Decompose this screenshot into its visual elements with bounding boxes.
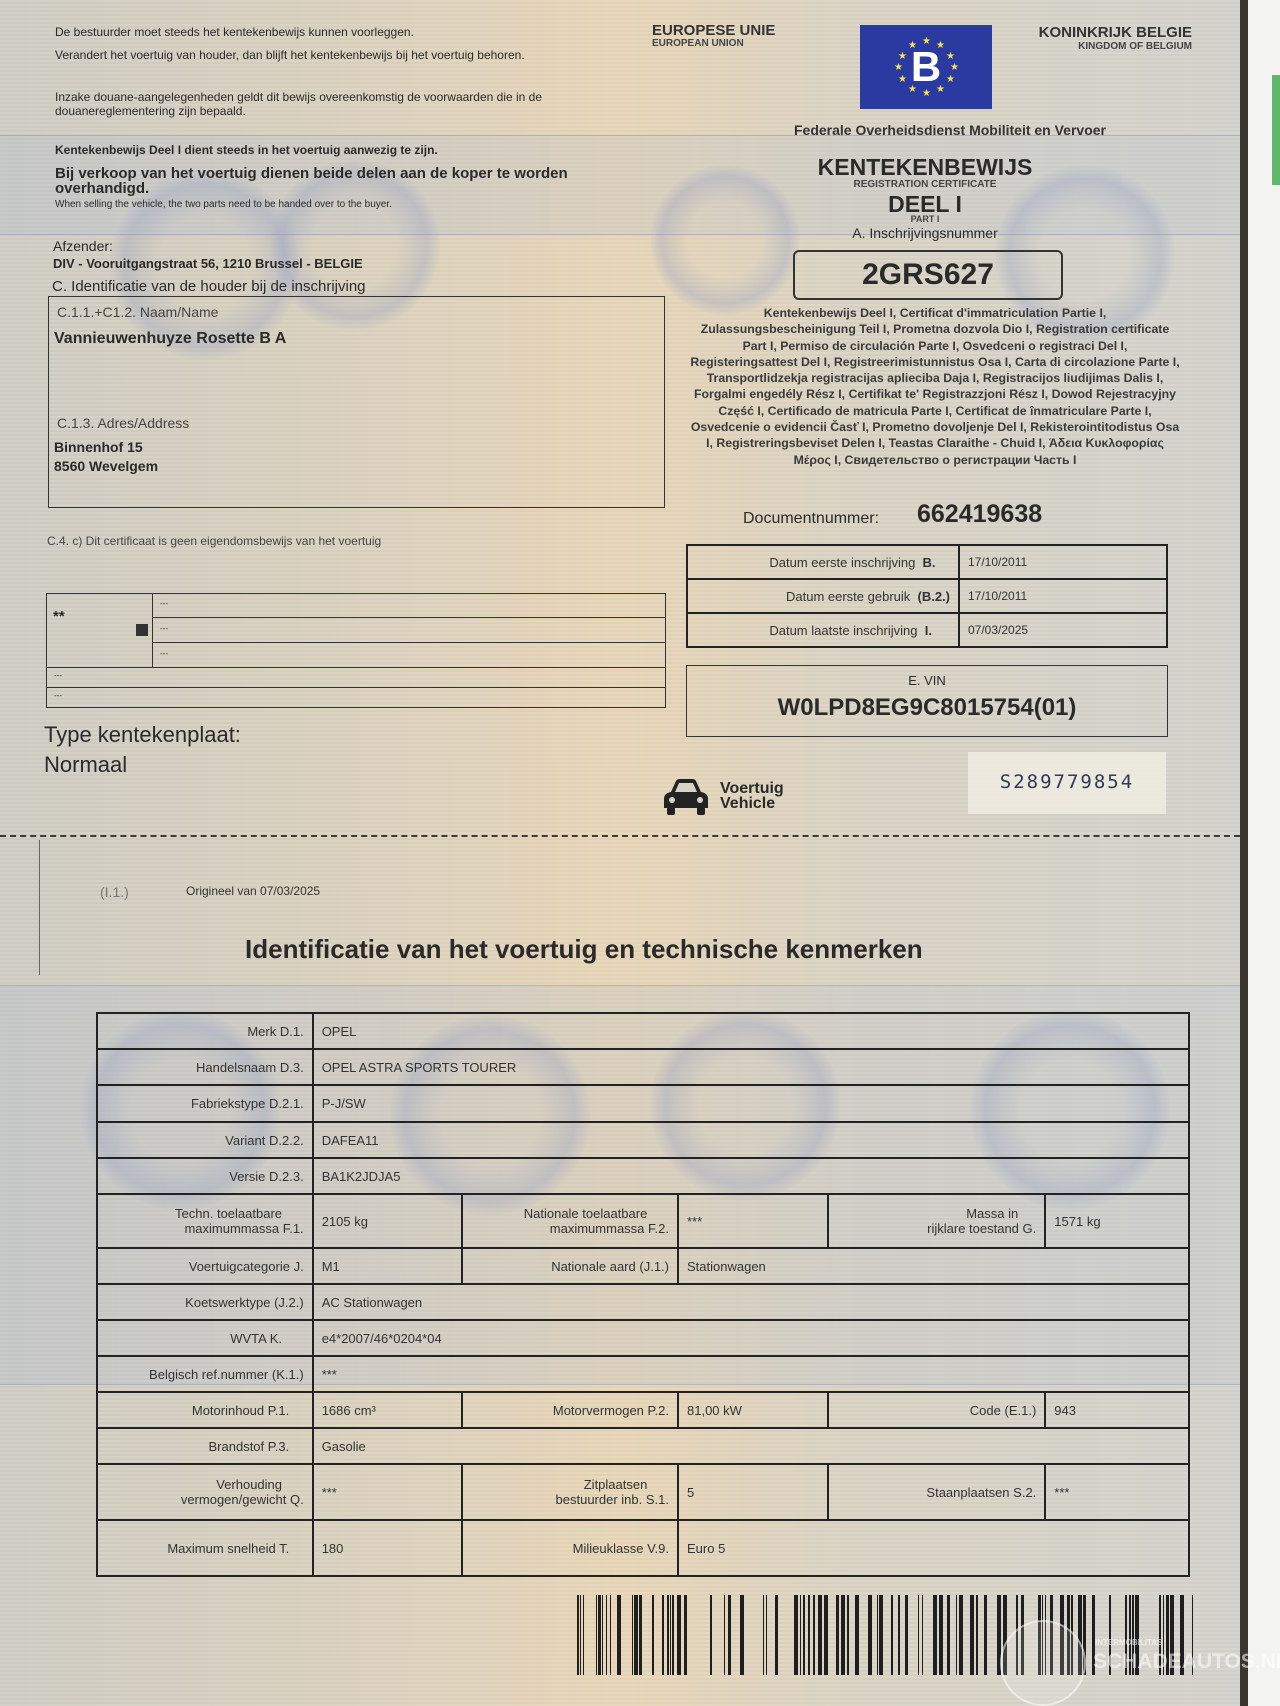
document-title-en: REGISTRATION CERTIFICATE xyxy=(725,179,1125,190)
car-icon xyxy=(663,778,709,816)
background-paper xyxy=(1248,0,1280,1706)
make-value: OPEL xyxy=(313,1013,1189,1049)
standing-places-value: *** xyxy=(1045,1464,1189,1520)
authority-name: Federale Overheidsdienst Mobiliteit en V… xyxy=(700,122,1200,138)
vin-number: W0LPD8EG9C8015754(01) xyxy=(687,694,1167,722)
notice-keep-in-vehicle: Kentekenbewijs Deel I dient steeds in he… xyxy=(55,143,615,157)
first-use-date: 17/10/2011 xyxy=(959,579,1167,613)
date-code: B. xyxy=(923,555,936,570)
wvta-value: e4*2007/46*0204*04 xyxy=(313,1320,1189,1356)
environment-class-value: Euro 5 xyxy=(678,1520,1189,1576)
sender-address: DIV - Vooruitgangstraat 56, 1210 Brussel… xyxy=(53,256,363,271)
specs-table: Merk D.1. OPEL Handelsnaam D.3. OPEL AST… xyxy=(96,1012,1190,1577)
date-label: Datum laatste inschrijving xyxy=(769,623,917,638)
plate-type-label: Type kentekenplaat: xyxy=(44,722,241,748)
table-row: Verhouding vermogen/gewicht Q. *** Zitpl… xyxy=(97,1464,1189,1520)
holder-address-label: C.1.3. Adres/Address xyxy=(57,415,189,431)
table-row: Maximum snelheid T. 180 Milieuklasse V.9… xyxy=(97,1520,1189,1576)
plate-type-value: Normaal xyxy=(44,752,127,778)
table-row: Handelsnaam D.3. OPEL ASTRA SPORTS TOURE… xyxy=(97,1049,1189,1085)
holder-city: 8560 Wevelgem xyxy=(54,458,158,474)
multilingual-titles: Kentekenbewijs Deel I, Certificat d'imma… xyxy=(690,305,1180,468)
type-value: P-J/SW xyxy=(313,1085,1189,1122)
annotation-line: --- xyxy=(160,624,168,633)
annotation-line: --- xyxy=(54,671,62,680)
last-registration-date: 07/03/2025 xyxy=(959,613,1167,647)
eu-flag-icon: B ★ ★ ★ ★ ★ ★ ★ ★ ★ ★ ★ ★ xyxy=(860,25,992,109)
table-row: Datum laatste inschrijving I. 07/03/2025 xyxy=(687,613,1167,647)
vehicle-label-en: Vehicle xyxy=(720,796,775,811)
holder-name-label: C.1.1.+C1.2. Naam/Name xyxy=(57,304,218,320)
document-part-en: PART I xyxy=(725,214,1125,224)
table-row: Voertuigcategorie J. M1 Nationale aard (… xyxy=(97,1248,1189,1284)
trade-name-value: OPEL ASTRA SPORTS TOURER xyxy=(313,1049,1189,1085)
table-row: Koetswerktype (J.2.) AC Stationwagen xyxy=(97,1284,1189,1320)
registration-certificate: De bestuurder moet steeds het kentekenbe… xyxy=(0,0,1240,1706)
table-row: Versie D.2.3. BA1K2JDJA5 xyxy=(97,1158,1189,1194)
eu-label: EUROPESE UNIE xyxy=(652,22,775,39)
annotations-code-cell: ** xyxy=(47,594,153,667)
table-row: Fabriekstype D.2.1. P-J/SW xyxy=(97,1085,1189,1122)
table-row: Brandstof P.3. Gasolie xyxy=(97,1428,1189,1464)
vin-label: E. VIN xyxy=(687,673,1167,688)
country-code: B xyxy=(911,43,941,91)
power-value: 81,00 kW xyxy=(678,1392,828,1428)
table-row: Merk D.1. OPEL xyxy=(97,1013,1189,1049)
notice-present: De bestuurder moet steeds het kentekenbe… xyxy=(55,25,615,39)
perforation-line xyxy=(0,835,1240,837)
tech-max-mass-value: 2105 kg xyxy=(313,1194,463,1248)
serial-number: S289779854 xyxy=(968,771,1166,793)
registration-number: 2GRS627 xyxy=(793,250,1063,300)
table-row: Motorinhoud P.1. 1686 cm³ Motorvermogen … xyxy=(97,1392,1189,1428)
serial-box: S289779854 xyxy=(968,752,1166,814)
notice-owner-change: Verandert het voertuig van houder, dan b… xyxy=(55,48,565,62)
copy-code: (I.1.) xyxy=(100,884,129,900)
table-row: Belgisch ref.nummer (K.1.) *** xyxy=(97,1356,1189,1392)
max-speed-value: 180 xyxy=(313,1520,463,1576)
fuel-value: Gasolie xyxy=(313,1428,1189,1464)
background-paper-stripe xyxy=(1272,75,1280,185)
holder-name: Vannieuwenhuyze Rosette B A xyxy=(54,330,286,348)
holder-street: Binnenhof 15 xyxy=(54,439,143,455)
annotation-line: --- xyxy=(160,649,168,658)
table-row: Techn. toelaatbare maximummassa F.1. 210… xyxy=(97,1194,1189,1248)
power-weight-ratio-value: *** xyxy=(313,1464,463,1520)
version-value: BA1K2JDJA5 xyxy=(313,1158,1189,1194)
notice-customs: Inzake douane-aangelegenheden geldt dit … xyxy=(55,90,615,118)
table-row: WVTA K. e4*2007/46*0204*04 xyxy=(97,1320,1189,1356)
annotation-line: --- xyxy=(54,691,62,700)
first-registration-date: 17/10/2011 xyxy=(959,545,1167,579)
watermark-small: INTERMOBILITAS xyxy=(1095,1638,1162,1647)
table-row: Datum eerste gebruik (B.2.) 17/10/2011 xyxy=(687,579,1167,613)
seats-value: 5 xyxy=(678,1464,828,1520)
annotation-line: --- xyxy=(160,599,168,608)
running-mass-value: 1571 kg xyxy=(1045,1194,1189,1248)
notice-sale: Bij verkoop van het voertuig dienen beid… xyxy=(55,166,575,196)
belgian-ref-value: *** xyxy=(313,1356,1189,1392)
category-value: M1 xyxy=(313,1248,463,1284)
variant-value: DAFEA11 xyxy=(313,1122,1189,1158)
globe-watermark-icon xyxy=(1000,1620,1086,1706)
body-type-value: AC Stationwagen xyxy=(313,1284,1189,1320)
table-row: Variant D.2.2. DAFEA11 xyxy=(97,1122,1189,1158)
kingdom-label-en: KINGDOM OF BELGIUM xyxy=(1000,41,1192,52)
annotations-box: ** --- --- --- --- --- xyxy=(46,593,666,708)
date-code: (B.2.) xyxy=(918,589,951,604)
vin-box: E. VIN W0LPD8EG9C8015754(01) xyxy=(686,665,1168,737)
document-number-label: Documentnummer: xyxy=(743,510,879,528)
dates-table: Datum eerste inschrijving B. 17/10/2011 … xyxy=(686,544,1168,648)
notice-sale-en: When selling the vehicle, the two parts … xyxy=(55,199,615,210)
date-label: Datum eerste gebruik xyxy=(786,589,910,604)
displacement-value: 1686 cm³ xyxy=(313,1392,463,1428)
watermark-text: SCHADEAUTOS.NL xyxy=(1093,1650,1280,1674)
sender-label: Afzender: xyxy=(53,238,113,254)
date-code: I. xyxy=(925,623,932,638)
vehicle-label: Voertuig xyxy=(720,781,784,796)
date-label: Datum eerste inschrijving xyxy=(769,555,915,570)
code-e1-value: 943 xyxy=(1045,1392,1189,1428)
document-title: KENTEKENBEWIJS xyxy=(725,154,1125,181)
annotations-stars: ** xyxy=(53,608,65,625)
holder-section-title: C. Identificatie van de houder bij de in… xyxy=(52,278,366,295)
annotation-marker-icon xyxy=(136,624,148,636)
holder-box: C.1.1.+C1.2. Naam/Name Vannieuwenhuyze R… xyxy=(48,296,665,508)
kingdom-label: KONINKRIJK BELGIE xyxy=(1000,24,1192,41)
document-number: 662419638 xyxy=(917,500,1042,529)
table-row: Datum eerste inschrijving B. 17/10/2011 xyxy=(687,545,1167,579)
eu-label-en: EUROPEAN UNION xyxy=(652,38,744,49)
original-date: Origineel van 07/03/2025 xyxy=(186,884,320,898)
section-title: Identificatie van het voertuig en techni… xyxy=(245,934,923,965)
national-max-mass-value: *** xyxy=(678,1194,828,1248)
registration-number-label: A. Inschrijvingsnummer xyxy=(725,225,1125,241)
national-kind-value: Stationwagen xyxy=(678,1248,1189,1284)
ownership-note: C.4. c) Dit certificaat is geen eigendom… xyxy=(47,534,381,548)
